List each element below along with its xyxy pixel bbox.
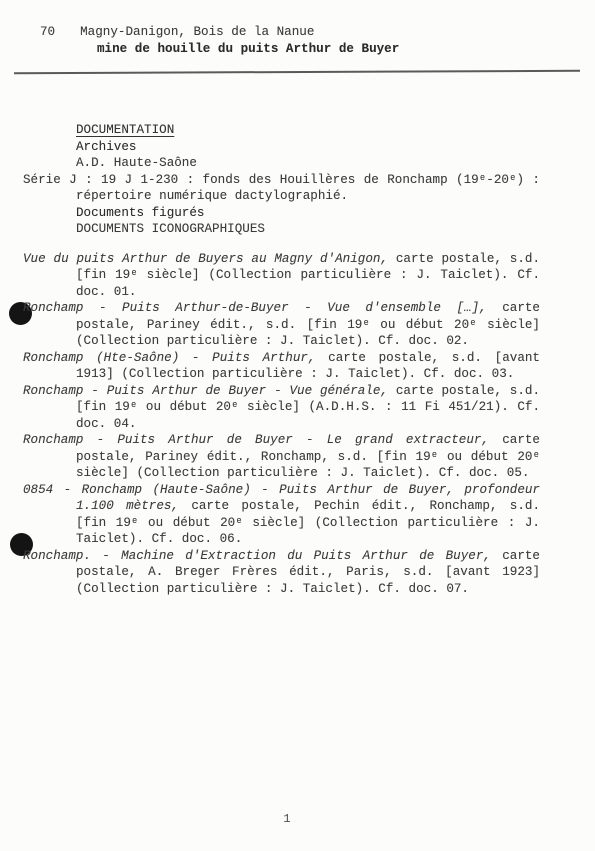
- page-number: 1: [0, 811, 574, 828]
- scanned-document-page: 70Magny-Danigon, Bois de la Nanue mine d…: [0, 0, 595, 851]
- catalog-entry-05: Ronchamp - Puits Arthur de Buyer - Le gr…: [76, 432, 540, 482]
- entry-title: Ronchamp (Hte-Saône) - Puits Arthur,: [23, 351, 316, 365]
- section-heading-documentation: DOCUMENTATION: [76, 122, 540, 139]
- entry-title: Ronchamp - Puits Arthur de Buyer - Vue g…: [23, 384, 388, 398]
- location-name: Magny-Danigon, Bois de la Nanue: [80, 25, 314, 39]
- entry-title: Ronchamp - Puits Arthur de Buyer - Le gr…: [23, 433, 489, 447]
- entry-title: Ronchamp - Puits Arthur-de-Buyer - Vue d…: [23, 301, 487, 315]
- figures-heading: Documents figurés: [76, 205, 540, 222]
- document-title: mine de houille du puits Arthur de Buyer: [97, 41, 399, 58]
- archives-heading: Archives: [76, 139, 540, 156]
- catalog-entry-06: 0854 - Ronchamp (Haute-Saône) - Puits Ar…: [76, 482, 540, 548]
- header-location-line: 70Magny-Danigon, Bois de la Nanue: [40, 24, 399, 41]
- header-separator-rule: [14, 70, 580, 74]
- iconographic-subheading: DOCUMENTS ICONOGRAPHIQUES: [76, 221, 540, 238]
- repository-name: A.D. Haute-Saône: [76, 155, 540, 172]
- catalog-entry-07: Ronchamp. - Machine d'Extraction du Puit…: [76, 548, 540, 598]
- catalog-entry-03: Ronchamp (Hte-Saône) - Puits Arthur, car…: [76, 350, 540, 383]
- series-reference: Série J : 19 J 1-230 : fonds des Houillè…: [76, 172, 540, 205]
- entry-title: Ronchamp. - Machine d'Extraction du Puit…: [23, 549, 491, 563]
- page-header: 70Magny-Danigon, Bois de la Nanue mine d…: [40, 24, 399, 57]
- main-content-column: DOCUMENTATION Archives A.D. Haute-Saône …: [76, 122, 540, 597]
- catalog-entry-02: Ronchamp - Puits Arthur-de-Buyer - Vue d…: [76, 300, 540, 350]
- page-ref-number: 70: [40, 25, 55, 39]
- catalog-entry-04: Ronchamp - Puits Arthur de Buyer - Vue g…: [76, 383, 540, 433]
- entry-title: Vue du puits Arthur de Buyers au Magny d…: [23, 252, 388, 266]
- catalog-entry-01: Vue du puits Arthur de Buyers au Magny d…: [76, 251, 540, 301]
- catalog-entry-list: Vue du puits Arthur de Buyers au Magny d…: [76, 251, 540, 598]
